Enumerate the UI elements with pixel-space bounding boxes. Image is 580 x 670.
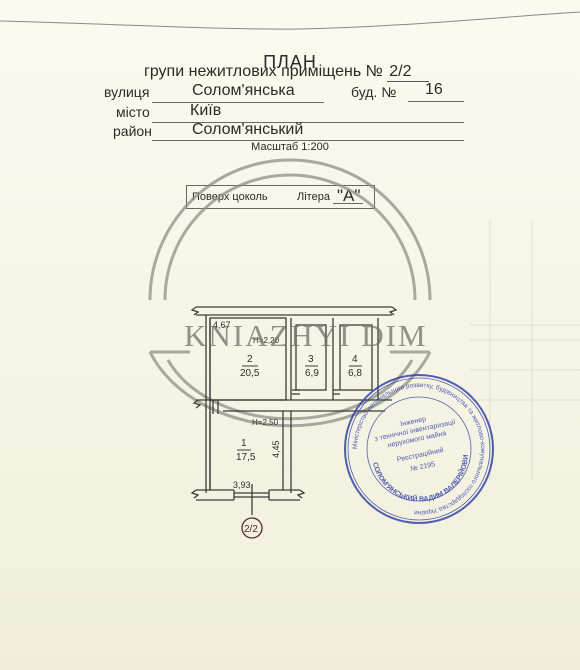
room-1-width-dim: 3,93 <box>233 480 251 490</box>
room-1-number: 1 <box>241 438 247 449</box>
room-2-area: 20,5 <box>240 368 260 379</box>
stamp-outer-text: Міністерство регіонального розвитку, буд… <box>351 382 486 516</box>
room-3-area: 6,9 <box>305 368 319 379</box>
room-4-number: 4 <box>352 354 358 365</box>
stamp-line-5: № 2195 <box>410 461 436 473</box>
room-1-height-label: H=2,50 <box>252 418 279 427</box>
entrance-marker: 2/2 <box>244 524 258 535</box>
room-2-number: 2 <box>247 354 253 365</box>
room-1-area: 17,5 <box>236 452 256 463</box>
svg-text:Міністерство регіонального роз: Міністерство регіонального розвитку, буд… <box>351 382 486 516</box>
watermark-text: KNIAZHYI DIM <box>184 318 428 354</box>
room-1-length-dim: 4,45 <box>271 440 281 458</box>
stamp-line-4: Реєстраційний <box>396 446 444 464</box>
official-stamp: Міністерство регіонального розвитку, буд… <box>343 373 495 525</box>
document-page: ПЛАН групи нежитлових приміщень № 2/2 ву… <box>0 0 580 670</box>
room-3-number: 3 <box>308 354 314 365</box>
